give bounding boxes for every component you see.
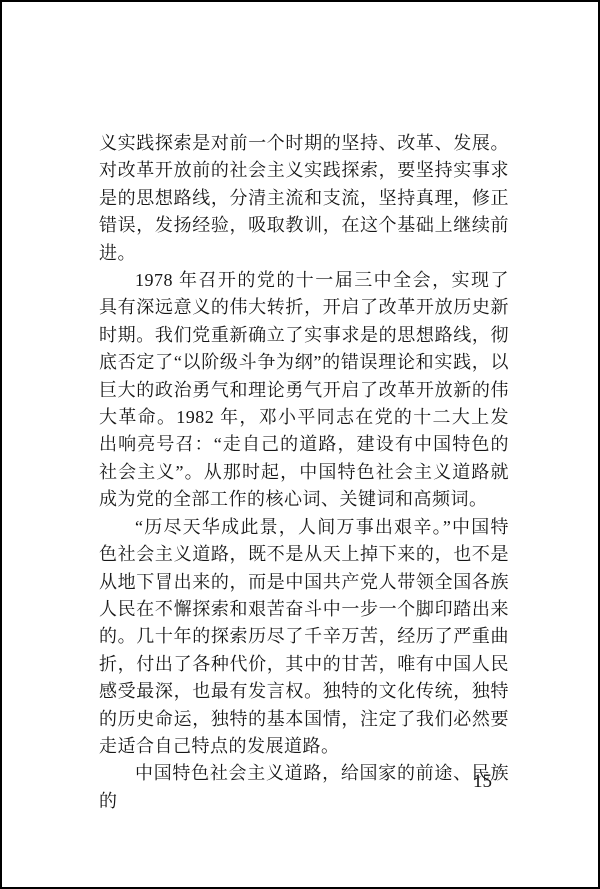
paragraph: 义实践探索是对前一个时期的坚持、改革、发展。对改革开放前的社会主义实践探索，要坚…	[99, 130, 509, 267]
paragraph: 1978 年召开的党的十一届三中全会，实现了具有深远意义的伟大转折，开启了改革开…	[99, 267, 509, 514]
book-page: 义实践探索是对前一个时期的坚持、改革、发展。对改革开放前的社会主义实践探索，要坚…	[0, 0, 600, 889]
paragraph: 中国特色社会主义道路，给国家的前途、民族的	[99, 760, 509, 815]
page-number: 15	[473, 771, 492, 793]
page-text: 义实践探索是对前一个时期的坚持、改革、发展。对改革开放前的社会主义实践探索，要坚…	[99, 130, 509, 815]
paragraph: “历尽天华成此景，人间万事出艰辛。”中国特色社会主义道路，既不是从天上掉下来的，…	[99, 514, 509, 761]
